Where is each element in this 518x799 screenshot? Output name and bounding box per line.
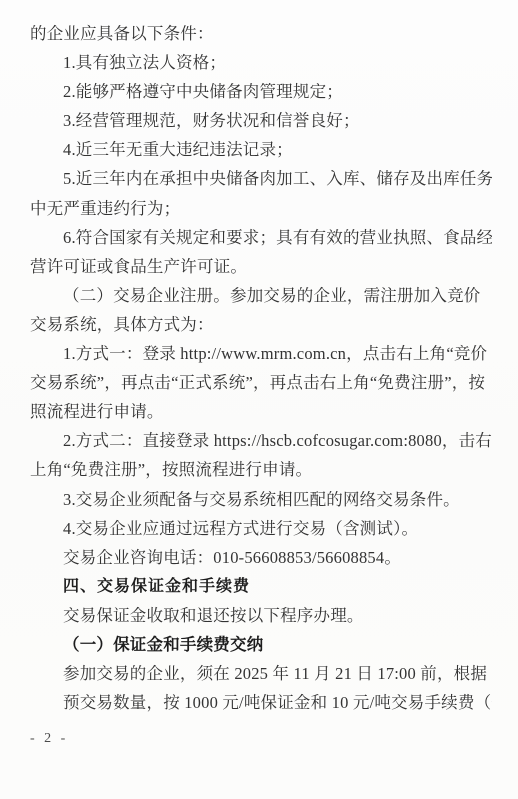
page-number: - 2 - xyxy=(30,730,492,748)
doc-line-numbered-item: 5.近三年内在承担中央储备肉加工、入库、储存及出库任务 xyxy=(30,164,492,193)
doc-line-numbered-item: 2.能够严格遵守中央储备肉管理规定； xyxy=(30,77,492,106)
doc-line: 照流程进行申请。 xyxy=(30,397,492,426)
doc-line: 交易系统”，再点击“正式系统”，再点击右上角“免费注册”，按 xyxy=(30,368,492,397)
document-page: 的企业应具备以下条件： 1.具有独立法人资格； 2.能够严格遵守中央储备肉管理规… xyxy=(0,0,518,799)
doc-line-url-method-1: 1.方式一：登录 http://www.mrm.com.cn，点击右上角“竞价 xyxy=(30,339,492,368)
doc-line-deadline: 参加交易的企业，须在 2025 年 11 月 21 日 17:00 前，根据 xyxy=(30,659,492,688)
doc-line-fees: 预交易数量，按 1000 元/吨保证金和 10 元/吨交易手续费（合计 xyxy=(30,688,492,717)
section-heading-4: 四、交易保证金和手续费 xyxy=(30,572,492,601)
document-body: 的企业应具备以下条件： 1.具有独立法人资格； 2.能够严格遵守中央储备肉管理规… xyxy=(30,19,492,748)
doc-line: 交易系统，具体方式为： xyxy=(30,310,492,339)
doc-line-subsection-2: （二）交易企业注册。参加交易的企业，需注册加入竞价 xyxy=(30,281,492,310)
doc-line-numbered-item: 1.具有独立法人资格； xyxy=(30,48,492,77)
doc-line-phone: 交易企业咨询电话：010-56608853/56608854。 xyxy=(30,543,492,572)
doc-line: 上角“免费注册”，按照流程进行申请。 xyxy=(30,455,492,484)
doc-line-numbered-item: 3.经营管理规范，财务状况和信誉良好； xyxy=(30,106,492,135)
subsection-heading-1: （一）保证金和手续费交纳 xyxy=(30,630,492,659)
doc-line-numbered-item: 3.交易企业须配备与交易系统相匹配的网络交易条件。 xyxy=(30,485,492,514)
doc-line: 交易保证金收取和退还按以下程序办理。 xyxy=(30,601,492,630)
doc-line-url-method-2: 2.方式二：直接登录 https://hscb.cofcosugar.com:8… xyxy=(30,426,492,455)
doc-line-numbered-item: 4.近三年无重大违纪违法记录； xyxy=(30,135,492,164)
doc-line: 中无严重违约行为； xyxy=(30,194,492,223)
doc-line-numbered-item: 4.交易企业应通过远程方式进行交易（含测试）。 xyxy=(30,514,492,543)
doc-line-numbered-item: 6.符合国家有关规定和要求；具有有效的营业执照、食品经 xyxy=(30,223,492,252)
doc-line: 的企业应具备以下条件： xyxy=(30,19,492,48)
doc-line: 营许可证或食品生产许可证。 xyxy=(30,252,492,281)
